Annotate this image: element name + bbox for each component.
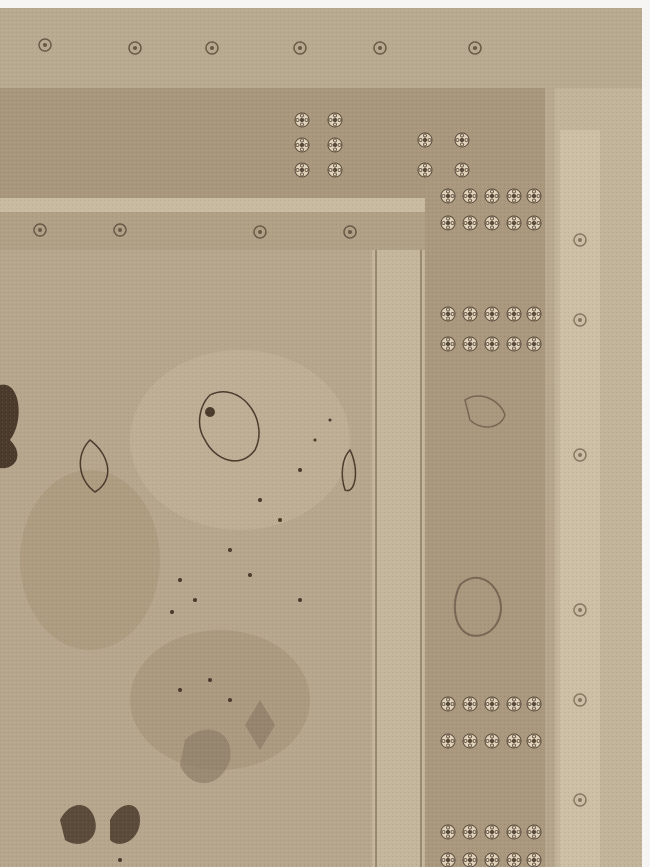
photo-background-top — [0, 0, 650, 8]
rug-photo — [0, 8, 642, 867]
rug-pattern — [0, 8, 642, 867]
photo-background-right — [642, 0, 650, 867]
